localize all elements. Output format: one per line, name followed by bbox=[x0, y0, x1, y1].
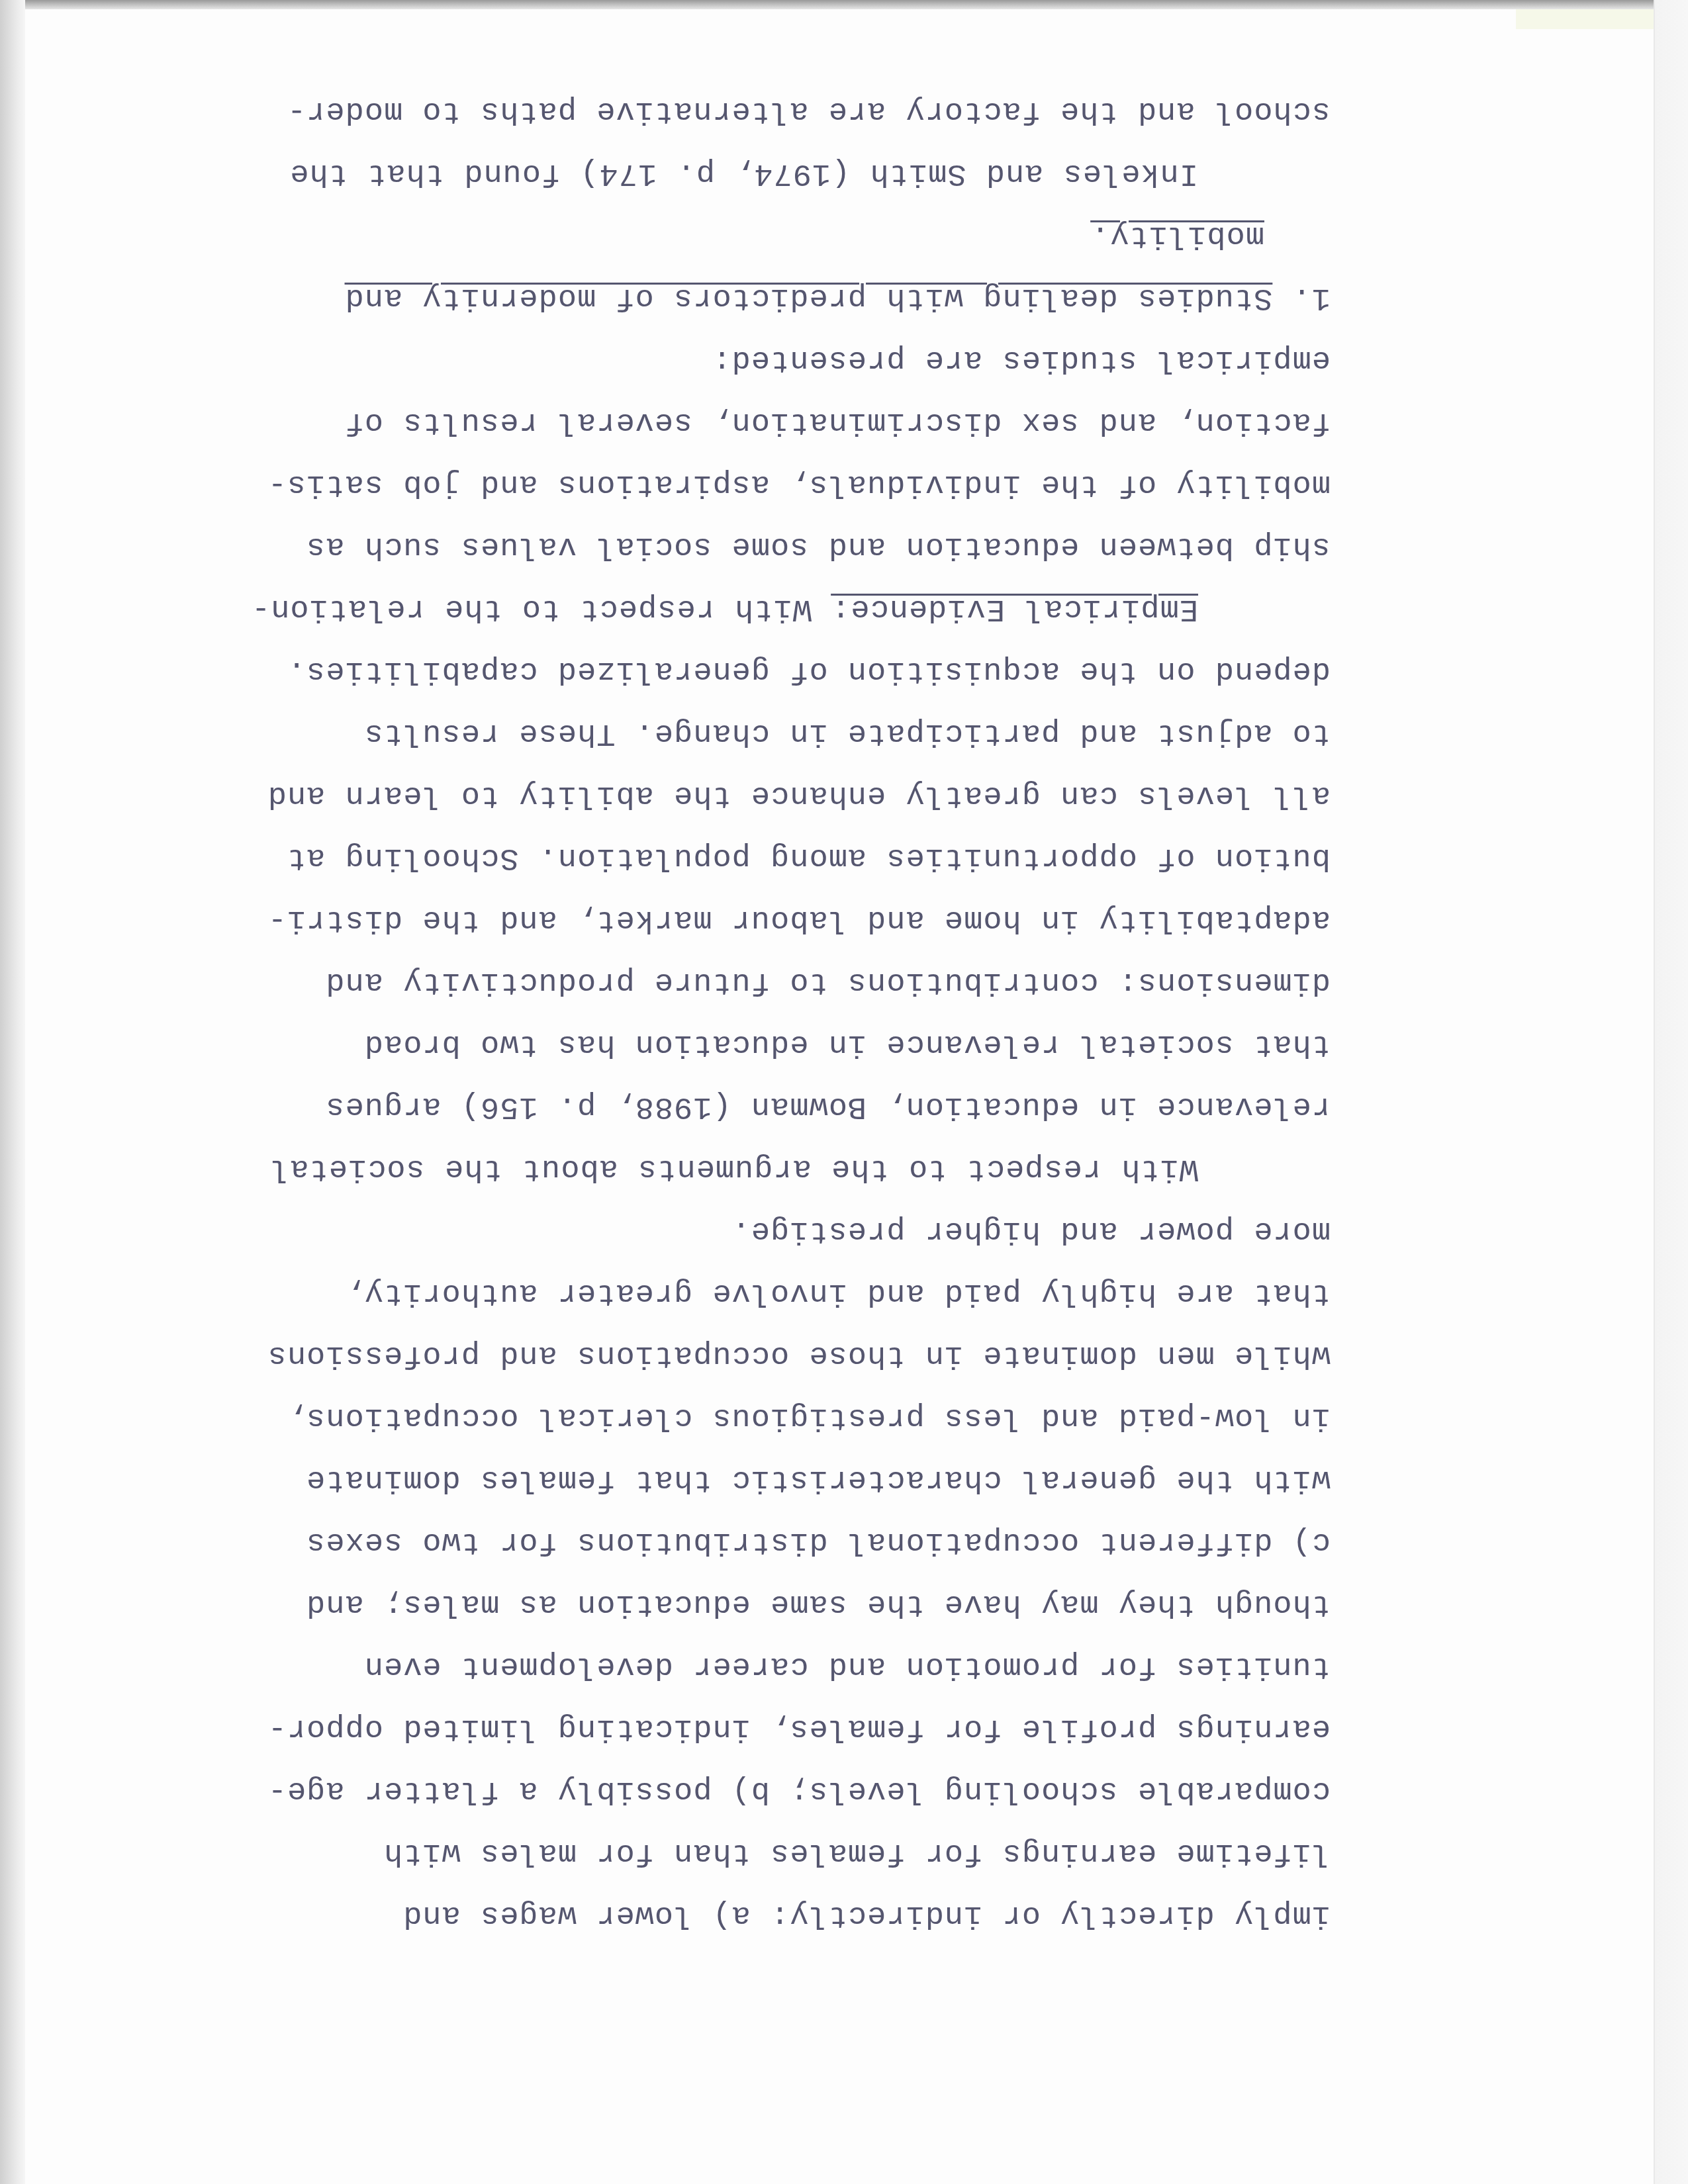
text-run: With respect to the relation- bbox=[251, 591, 831, 626]
text-line: while men dominate in those occupations … bbox=[205, 1324, 1331, 1386]
text-line: earnings profile for females, indicating… bbox=[205, 1697, 1331, 1759]
text-line: though they may have the same education … bbox=[205, 1572, 1331, 1635]
text-line: Empirical Evidence: With respect to the … bbox=[205, 577, 1331, 639]
text-line: comparable schooling levels; b) possibly… bbox=[205, 1759, 1331, 1821]
paragraph-2: With respect to the arguments about the … bbox=[205, 639, 1331, 1199]
text-line: c) different occupational distributions … bbox=[205, 1510, 1331, 1572]
text-line: mobility. bbox=[205, 204, 1331, 266]
text-line: depend on the acquisition of generalized… bbox=[205, 639, 1331, 702]
text-line: with the general characteristic that fem… bbox=[205, 1448, 1331, 1510]
text-line: faction, and sex discrimination, several… bbox=[205, 390, 1331, 453]
text-line: empirical studies are presented: bbox=[205, 328, 1331, 390]
text-line: in low-paid and less prestigious clerica… bbox=[205, 1386, 1331, 1448]
text-line: adaptability in home and labour market, … bbox=[205, 888, 1331, 950]
text-line: dimensions: contributions to future prod… bbox=[205, 950, 1331, 1013]
text-line: more power and higher prestige. bbox=[205, 1199, 1331, 1261]
section-heading: Empirical Evidence: bbox=[831, 591, 1198, 626]
text-line: tunities for promotion and career develo… bbox=[205, 1635, 1331, 1697]
subheading-text: mobility. bbox=[1090, 218, 1264, 253]
text-line: relevance in education, Bowman (1988, p.… bbox=[205, 1075, 1331, 1137]
text-line: that are highly paid and involve greater… bbox=[205, 1261, 1331, 1324]
paragraph-3: Empirical Evidence: With respect to the … bbox=[205, 328, 1331, 639]
subheading-text: Studies dealing with predictors of moder… bbox=[345, 280, 1273, 315]
text-line: Inkeles and Smith (1974, p. 174) found t… bbox=[205, 142, 1331, 204]
text-line: lifetime earnings for females than for m… bbox=[205, 1821, 1331, 1884]
text-line: With respect to the arguments about the … bbox=[205, 1137, 1331, 1199]
text-line: all levels can greatly enhance the abili… bbox=[205, 764, 1331, 826]
text-line: 1. Studies dealing with predictors of mo… bbox=[205, 266, 1331, 328]
text-line: bution of opportunities among population… bbox=[205, 826, 1331, 888]
numbered-subheading: 1. Studies dealing with predictors of mo… bbox=[205, 204, 1331, 328]
text-line: mobility of the individuals, aspirations… bbox=[205, 453, 1331, 515]
list-number: 1. bbox=[1292, 280, 1331, 315]
paragraph-1: imply directly or indirectly: a) lower w… bbox=[205, 1199, 1331, 1946]
text-line: school and the factory are alternative p… bbox=[205, 79, 1331, 142]
scanned-page: imply directly or indirectly: a) lower w… bbox=[0, 0, 1688, 2184]
text-line: ship between education and some social v… bbox=[205, 515, 1331, 577]
text-line: that societal relevance in education has… bbox=[205, 1013, 1331, 1075]
document-body: imply directly or indirectly: a) lower w… bbox=[205, 79, 1331, 1946]
text-line: to adjust and participate in change. The… bbox=[205, 702, 1331, 764]
paragraph-5: Inkeles and Smith (1974, p. 174) found t… bbox=[205, 79, 1331, 204]
text-line: imply directly or indirectly: a) lower w… bbox=[205, 1884, 1331, 1946]
